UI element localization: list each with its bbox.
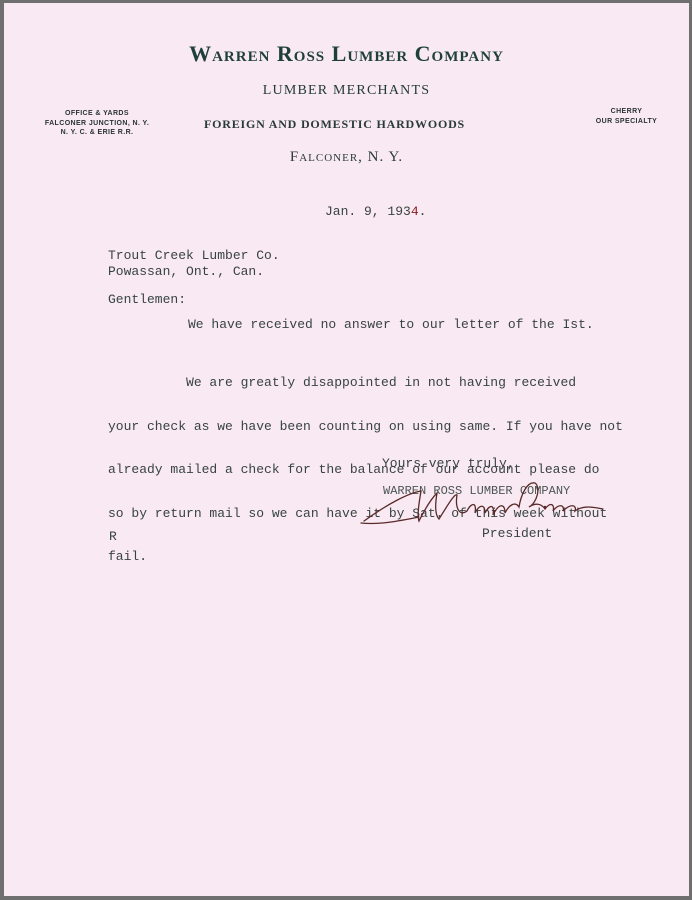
paragraph-1: We have received no answer to our letter…: [188, 317, 594, 332]
recipient-line: Trout Creek Lumber Co.: [108, 248, 280, 264]
company-name: Warren Ross Lumber Company: [4, 41, 689, 67]
date-suffix: .: [419, 204, 427, 219]
specialty: CHERRY OUR SPECIALTY: [589, 107, 664, 127]
specialty-line: CHERRY: [589, 107, 664, 117]
closing: Yours very truly,: [382, 456, 515, 471]
paragraph-line: We are greatly disappointed in not havin…: [108, 376, 623, 391]
office-address: OFFICE & YARDS FALCONER JUNCTION, N. Y. …: [32, 109, 162, 138]
salutation: Gentlemen:: [108, 292, 186, 307]
office-line: N. Y. C. & ERIE R.R.: [32, 128, 162, 138]
location: Falconer, N. Y.: [4, 149, 689, 166]
letter-date: Jan. 9, 1934.: [325, 204, 426, 219]
typist-initials: R: [109, 529, 117, 544]
office-line: OFFICE & YARDS: [32, 109, 162, 119]
signer-title: President: [482, 526, 552, 541]
date-text: Jan. 9, 193: [325, 204, 411, 219]
date-correction: 4: [411, 204, 419, 219]
paragraph-line: your check as we have been counting on u…: [108, 420, 623, 435]
tagline: LUMBER MERCHANTS: [4, 83, 689, 99]
products-line: FOREIGN AND DOMESTIC HARDWOODS: [204, 117, 465, 132]
specialty-line: OUR SPECIALTY: [589, 117, 664, 127]
paragraph-line: fail.: [108, 550, 623, 565]
letter-page: Warren Ross Lumber Company LUMBER MERCHA…: [4, 3, 689, 896]
office-line: FALCONER JUNCTION, N. Y.: [32, 119, 162, 129]
recipient-line: Powassan, Ont., Can.: [108, 264, 280, 280]
paragraph-2: We are greatly disappointed in not havin…: [108, 347, 623, 594]
recipient-address: Trout Creek Lumber Co. Powassan, Ont., C…: [108, 248, 280, 280]
